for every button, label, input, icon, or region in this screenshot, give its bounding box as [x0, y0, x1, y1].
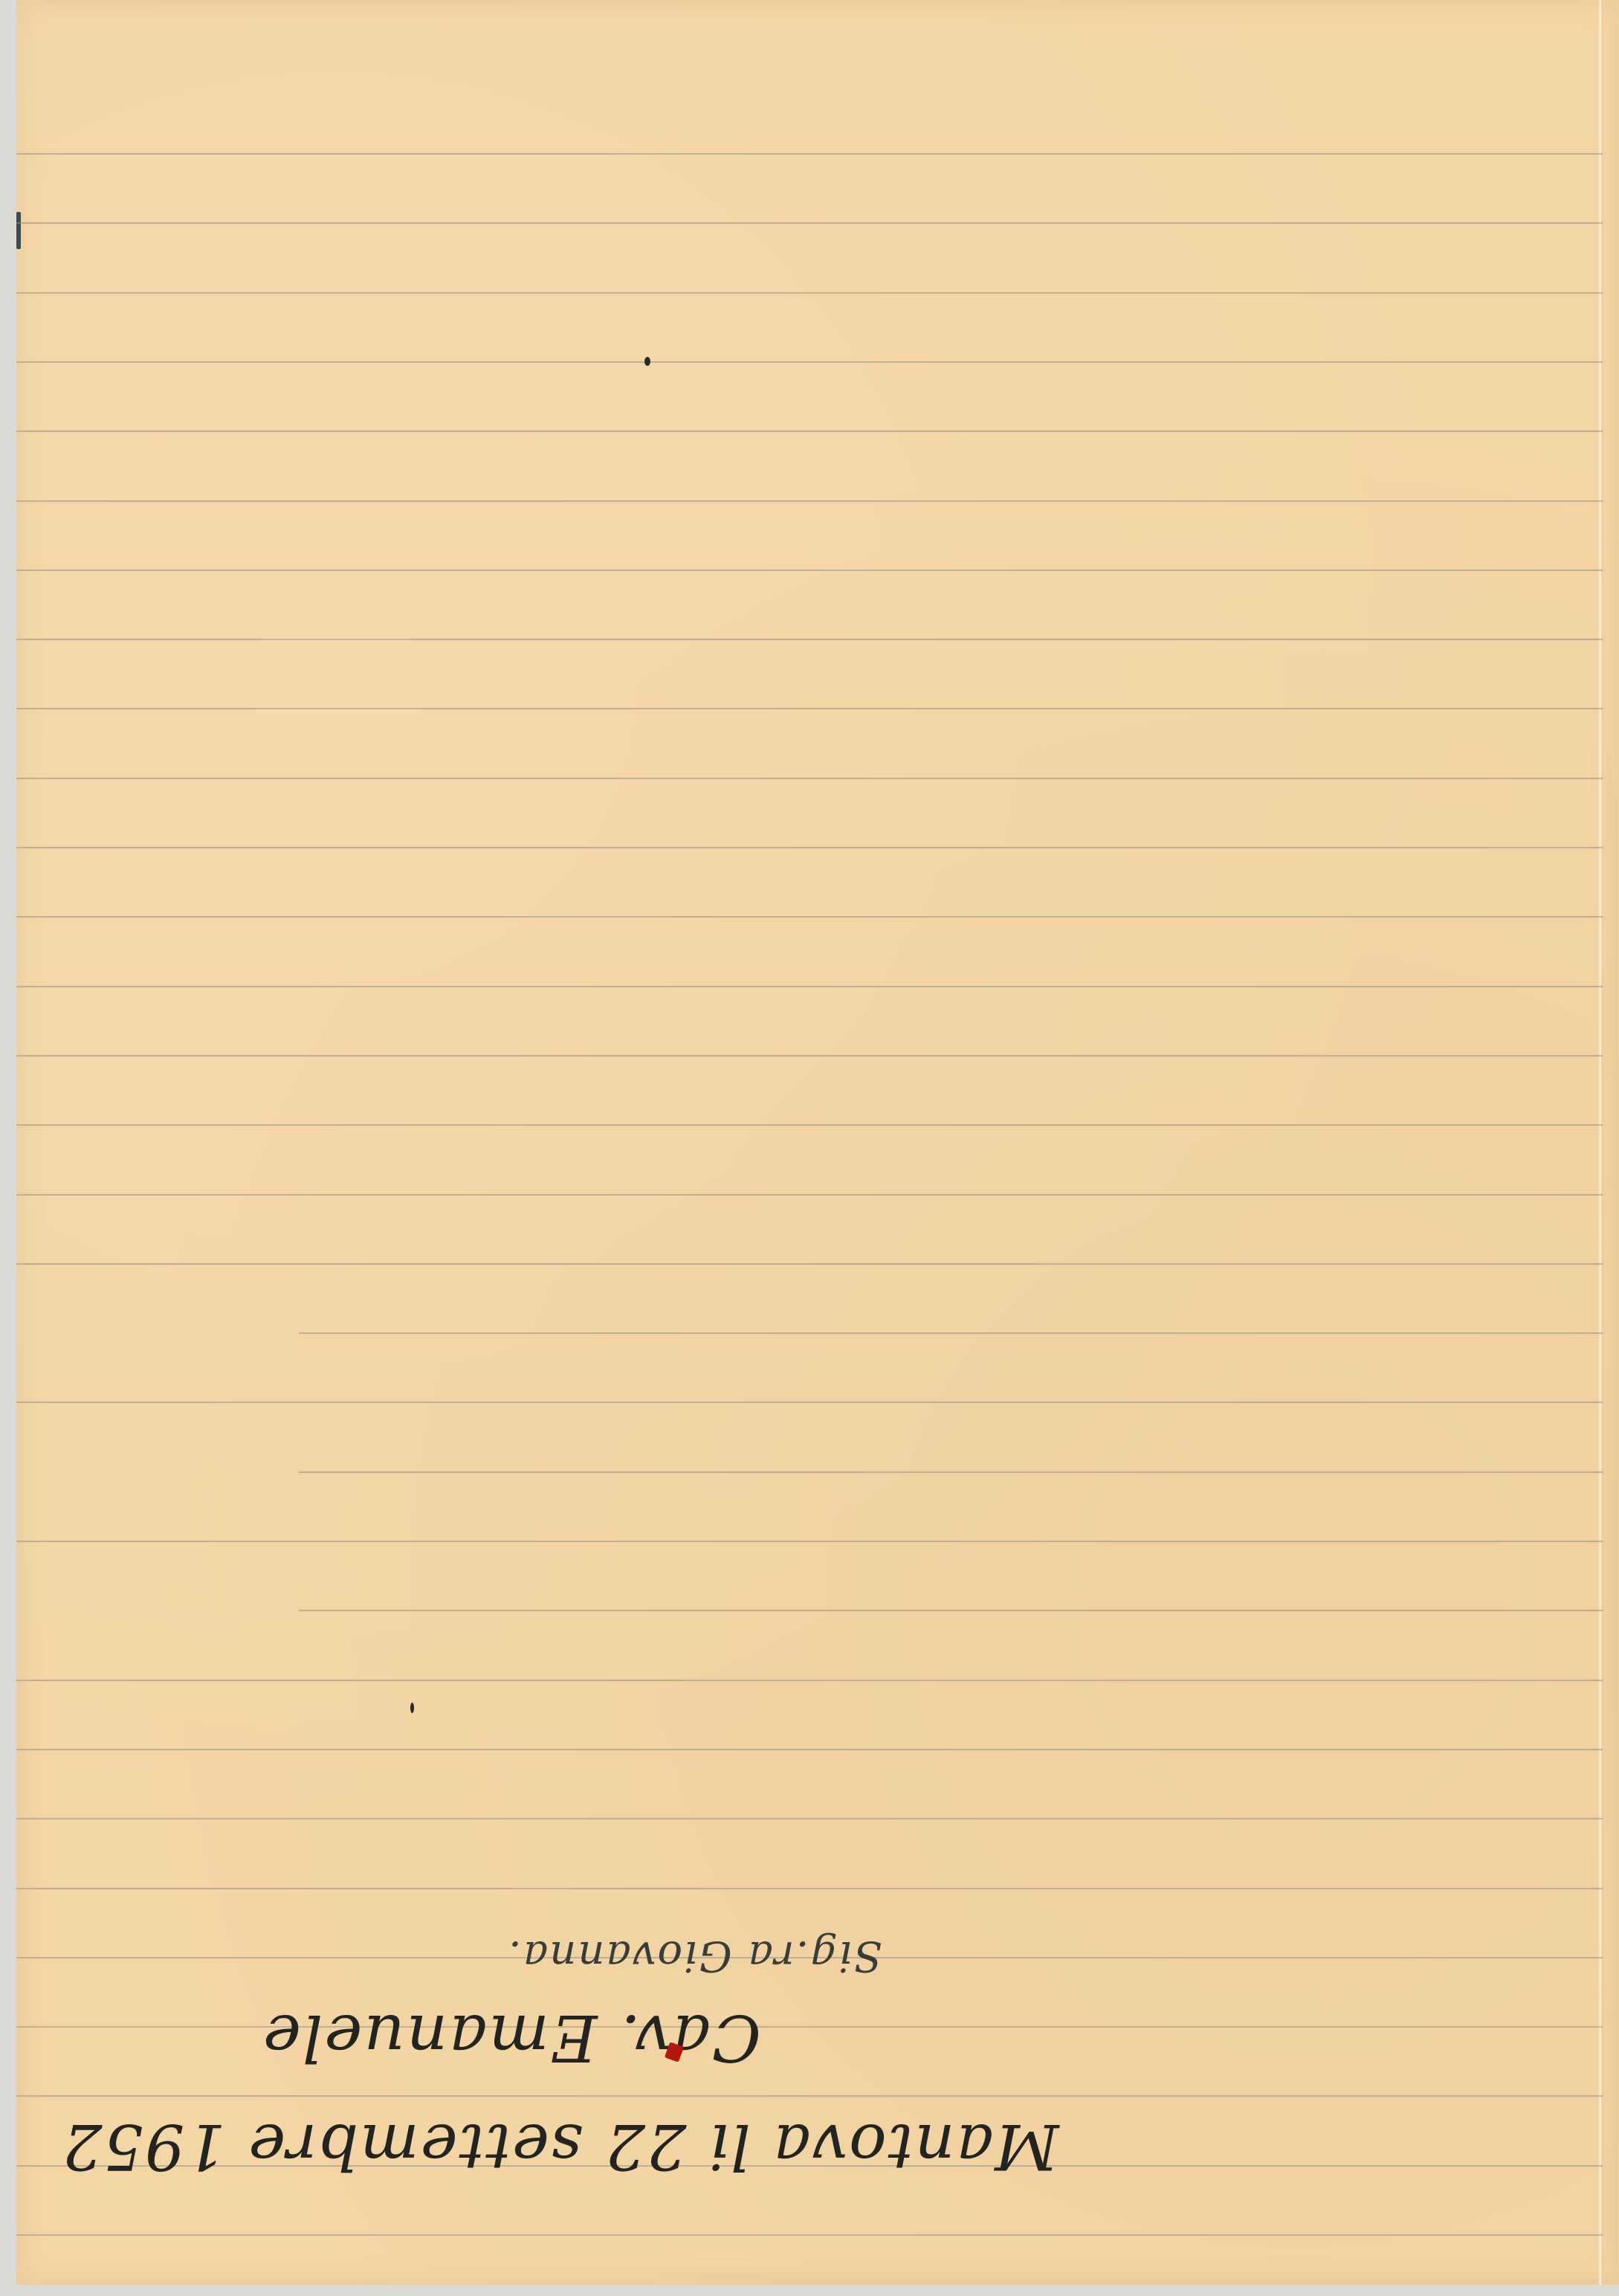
- handwritten-recipient-line: Sig.ra Giovanna.: [507, 1932, 882, 1980]
- ruled-line: [16, 2026, 1603, 2028]
- ruled-line: [16, 2095, 1603, 2097]
- ruled-line: [299, 1610, 1603, 1611]
- ruled-line: [16, 778, 1603, 779]
- ruled-line: [299, 1471, 1603, 1473]
- ruled-line: [16, 292, 1603, 294]
- ruled-line: [16, 361, 1603, 363]
- binding-mark: [16, 212, 21, 249]
- ink-speck: [410, 1703, 414, 1713]
- ruled-line: [16, 847, 1603, 848]
- ruled-line: [16, 708, 1603, 709]
- ruled-line: [16, 570, 1603, 571]
- ruled-line: [16, 1055, 1603, 1057]
- handwritten-place-date-line: Mantova li 22 settembre 1952: [61, 2110, 1059, 2183]
- ruled-line: [16, 1124, 1603, 1126]
- ruled-line: [16, 500, 1603, 502]
- ruled-line: [16, 1818, 1603, 1819]
- ruled-line: [16, 986, 1603, 987]
- paper-page: Sig.ra Giovanna. Cav. Emanuele Mantova l…: [16, 0, 1619, 2285]
- ruled-line: [16, 1194, 1603, 1196]
- ruled-line: [299, 1332, 1603, 1334]
- handwritten-name-line: Cav. Emanuele: [262, 2000, 761, 2074]
- ruled-line: [16, 1263, 1603, 1265]
- ruled-line: [16, 1680, 1603, 1681]
- ruled-line: [16, 153, 1603, 155]
- ruled-line: [16, 1541, 1603, 1542]
- ruled-line: [16, 916, 1603, 918]
- ruled-line: [16, 639, 1603, 640]
- ruled-line: [16, 1888, 1603, 1889]
- ruled-line: [16, 1749, 1603, 1750]
- ruled-line: [16, 2234, 1603, 2236]
- ruled-line: [16, 430, 1603, 432]
- ruled-line: [16, 1402, 1603, 1403]
- ink-speck: [644, 357, 650, 366]
- page-crease: [1598, 0, 1603, 2285]
- ruled-line: [16, 222, 1603, 224]
